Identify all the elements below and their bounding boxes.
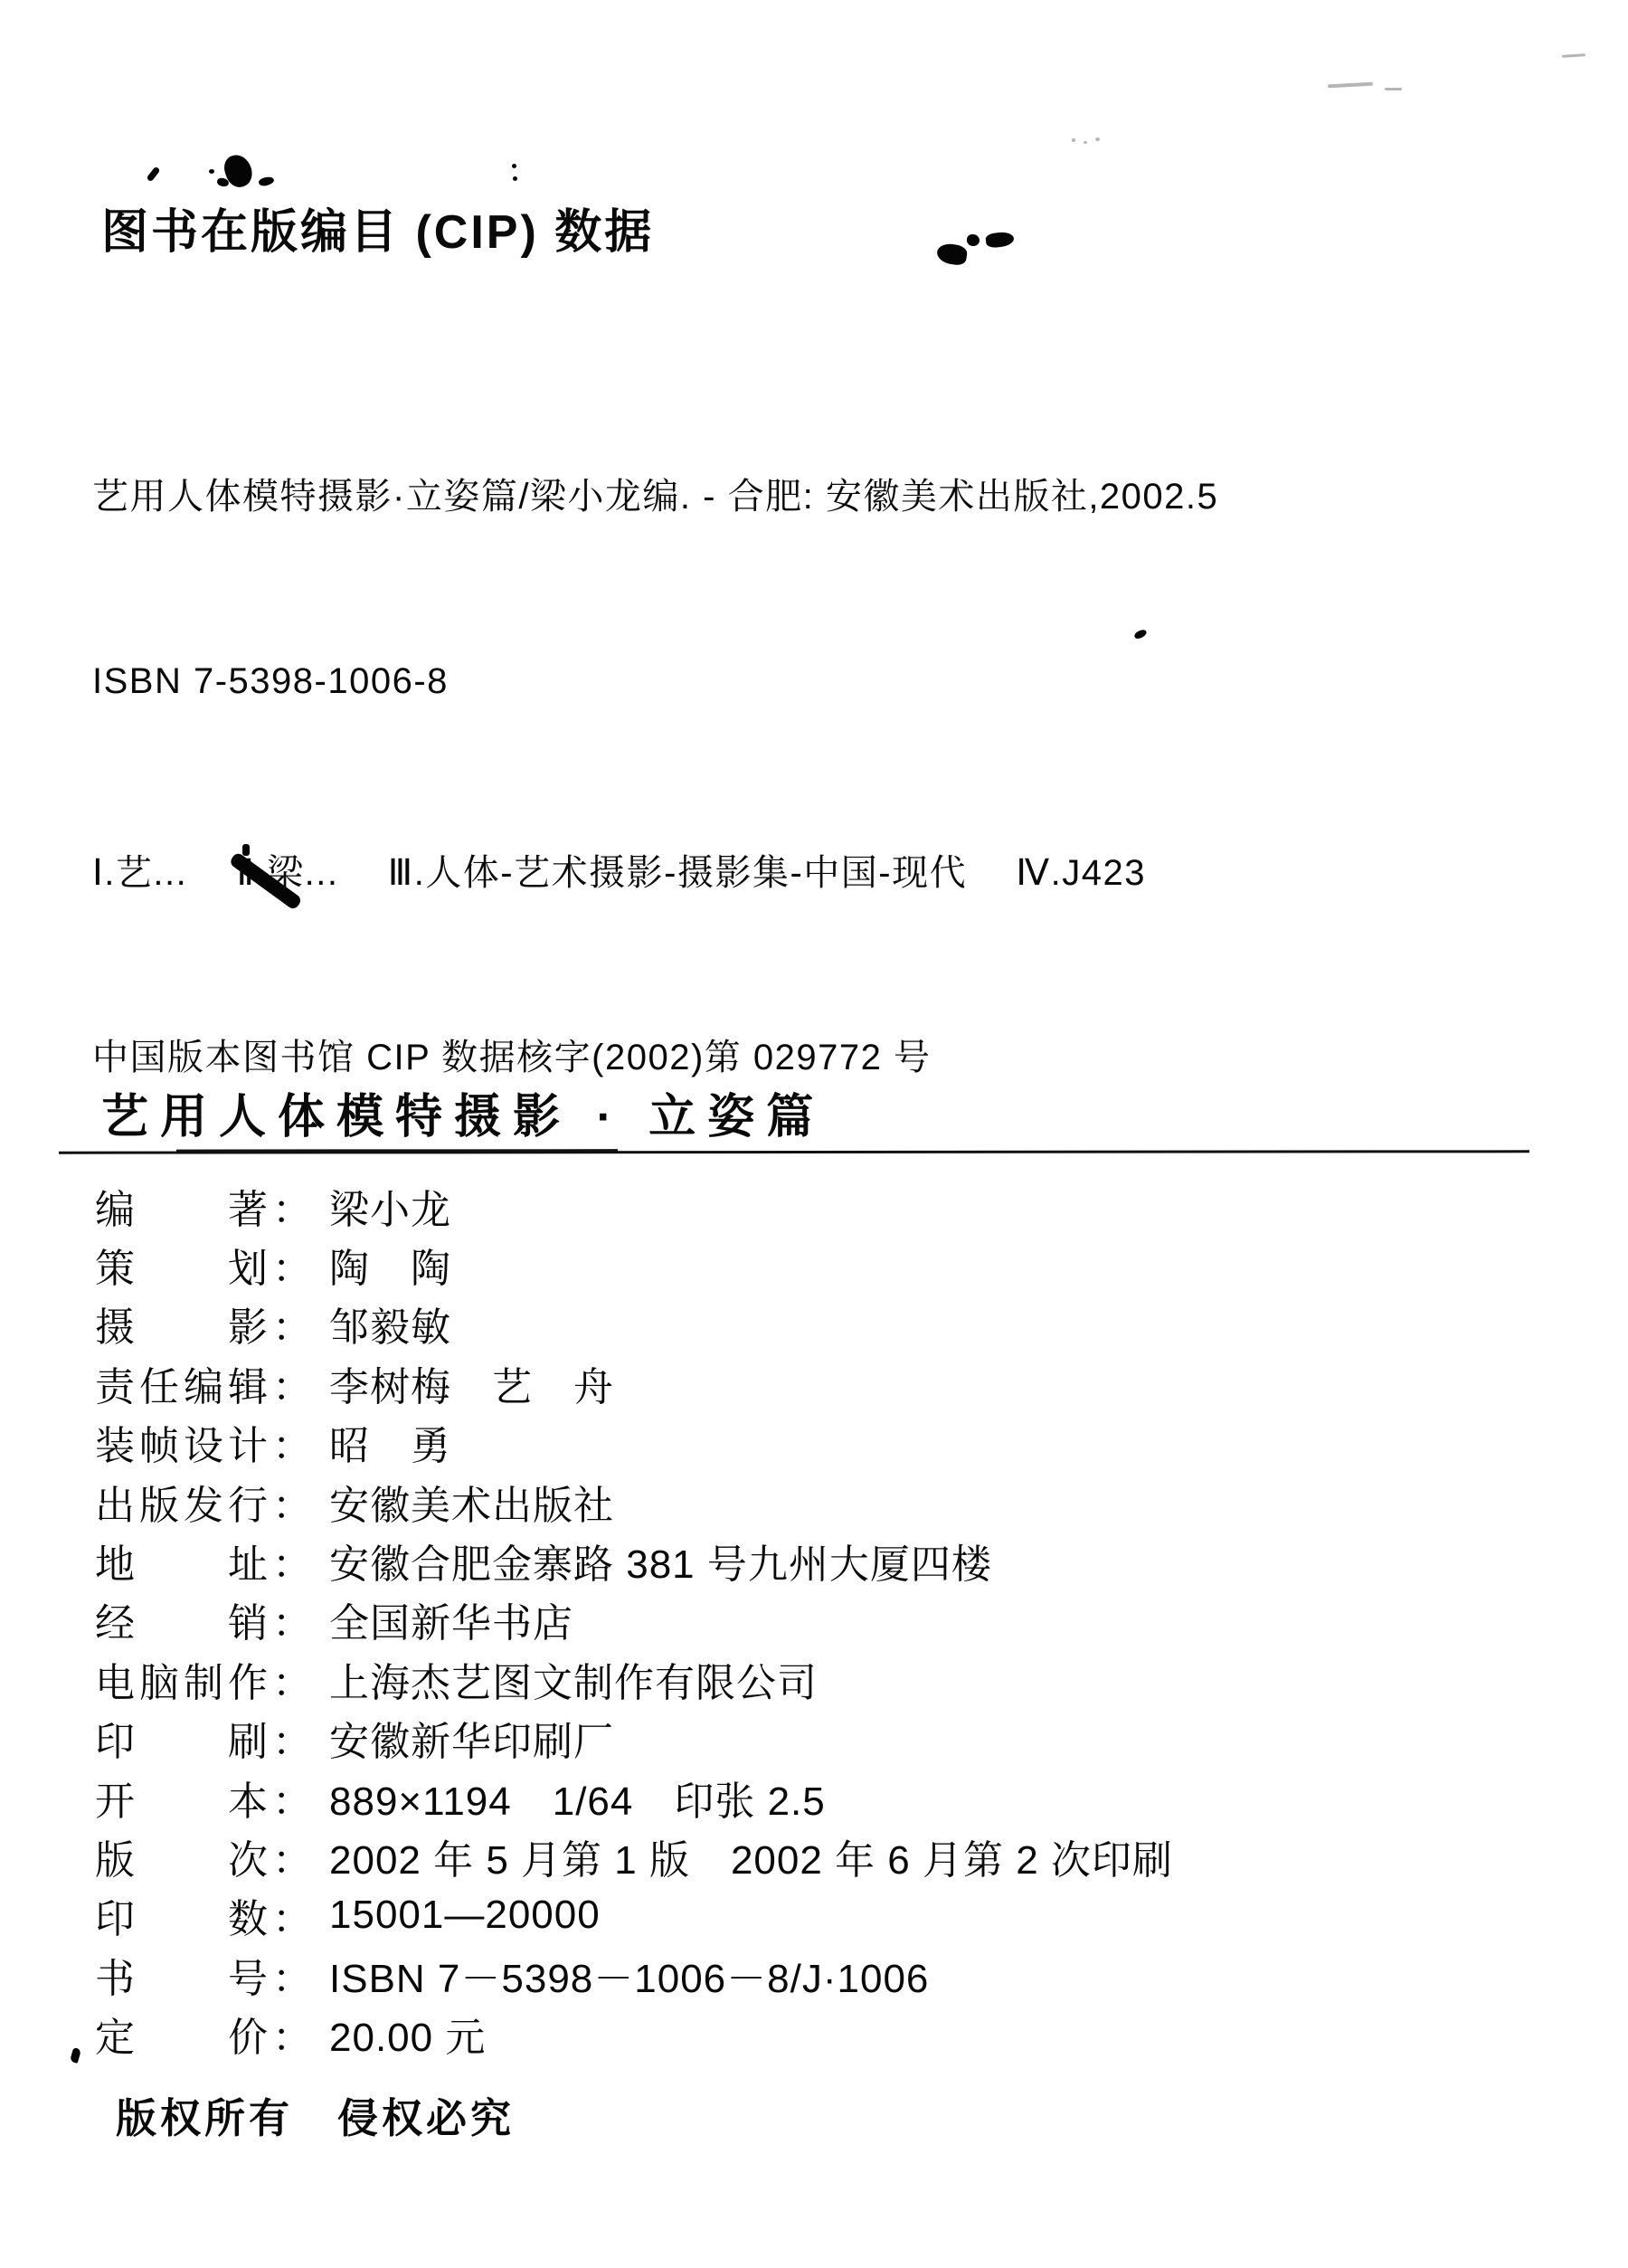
colophon-value: 李树梅 艺 舟: [329, 1354, 614, 1412]
dust-dot-3: [1095, 138, 1100, 141]
dust-dash-3: [1562, 53, 1585, 58]
colophon-label: 版 次：: [95, 1827, 317, 1885]
cip-line-isbn: ISBN 7-5398-1006-8: [92, 650, 1218, 712]
ink-blot-near-title-2: [967, 234, 980, 246]
colophon-label: 开 本：: [95, 1769, 317, 1827]
cip-heading: 图书在版编目 (CIP) 数据: [101, 194, 654, 261]
colophon-value: 安徽新华印刷厂: [329, 1709, 614, 1767]
colophon-label: 策 划：: [95, 1236, 317, 1294]
colophon-value: 邹毅敏: [329, 1295, 451, 1352]
colophon-label: 出版发行：: [95, 1473, 317, 1531]
cip-line-title-statement: 艺用人体模特摄影·立姿篇/梁小龙编. - 合肥: 安徽美术出版社,2002.5: [92, 466, 1218, 527]
colophon-value: 安徽美术出版社: [329, 1473, 614, 1531]
colophon-label: 定 价：: [95, 2005, 317, 2063]
colophon-row-designer: 装帧设计：昭 勇: [95, 1413, 1173, 1472]
ink-blot-right: [258, 176, 275, 187]
colophon-list: 编 著：梁小龙 策 划：陶 陶 摄 影：邹毅敏 责任编辑：李树梅 艺 舟 装帧设…: [95, 1176, 1173, 2064]
colophon-value: 20.00 元: [329, 2005, 486, 2063]
colophon-value: 上海杰艺图文制作有限公司: [329, 1650, 818, 1708]
colophon-label: 印 刷：: [95, 1709, 317, 1767]
colophon-label: 编 著：: [95, 1177, 317, 1235]
colophon-value: ISBN 7－5398－1006－8/J·1006: [329, 1946, 929, 2004]
colophon-row-planner: 策 划：陶 陶: [95, 1235, 1173, 1294]
colophon-value: 2002 年 5 月第 1 版 2002 年 6 月第 2 次印刷: [329, 1827, 1173, 1885]
copyright-notice: 版权所有 侵权必究: [116, 2085, 515, 2144]
ink-speck-a: [209, 169, 214, 174]
ink-colon-dot-top: [512, 164, 516, 168]
dust-dash-1: [1328, 82, 1373, 89]
colophon-label: 经 销：: [95, 1590, 317, 1648]
colophon-value: 安徽合肥金寨路 381 号九州大厦四楼: [329, 1532, 992, 1589]
ink-blot-near-title-3: [985, 231, 1015, 249]
book-copyright-page: 图书在版编目 (CIP) 数据 艺用人体模特摄影·立姿篇/梁小龙编. - 合肥:…: [0, 0, 1628, 2268]
colophon-value: 889×1194 1/64 印张 2.5: [329, 1769, 826, 1827]
colophon-row-distributor: 经 销：全国新华书店: [95, 1590, 1173, 1649]
colophon-row-print-run: 印 数：15001—20000: [95, 1886, 1173, 1945]
colophon-label: 装帧设计：: [95, 1413, 317, 1471]
ink-streak-nub: [242, 844, 250, 856]
colophon-row-book-number: 书 号：ISBN 7－5398－1006－8/J·1006: [95, 1945, 1173, 2004]
colophon-label: 书 号：: [95, 1946, 317, 2004]
colophon-value: 全国新华书店: [329, 1590, 573, 1648]
dust-dash-2: [1385, 88, 1402, 90]
colophon-value: 昭 勇: [329, 1413, 451, 1471]
colophon-row-printer: 印 刷：安徽新华印刷厂: [95, 1709, 1173, 1768]
colophon-label: 摄 影：: [95, 1295, 317, 1352]
ink-tick-mark: [147, 166, 161, 183]
colophon-label: 印 数：: [95, 1886, 317, 1944]
ink-colon-dot-bottom: [513, 176, 517, 181]
colophon-row-format: 开 本：889×1194 1/64 印张 2.5: [95, 1768, 1173, 1827]
colophon-row-editor: 责任编辑：李树梅 艺 舟: [95, 1353, 1173, 1412]
colophon-row-price: 定 价：20.00 元: [95, 2004, 1173, 2063]
colophon-row-edition: 版 次：2002 年 5 月第 1 版 2002 年 6 月第 2 次印刷: [95, 1827, 1173, 1885]
colophon-value: 15001—20000: [329, 1893, 601, 1938]
colophon-label: 电脑制作：: [95, 1650, 317, 1708]
ink-blot-near-title-1: [936, 242, 969, 266]
colophon-label: 责任编辑：: [95, 1354, 317, 1412]
dust-dot-1: [1072, 138, 1075, 142]
ink-comma-mark: [70, 2047, 81, 2064]
dust-dot-2: [1084, 141, 1087, 144]
colophon-row-publisher: 出版发行：安徽美术出版社: [95, 1472, 1173, 1531]
colophon-row-typesetting: 电脑制作：上海杰艺图文制作有限公司: [95, 1649, 1173, 1708]
colophon-value: 梁小龙: [329, 1177, 451, 1235]
book-title: 艺用人体模特摄影 · 立姿篇: [101, 1078, 825, 1146]
colophon-value: 陶 陶: [329, 1236, 451, 1294]
colophon-row-photographer: 摄 影：邹毅敏: [95, 1295, 1173, 1353]
colophon-row-address: 地 址：安徽合肥金寨路 381 号九州大厦四楼: [95, 1531, 1173, 1589]
colophon-row-author: 编 著：梁小龙: [95, 1176, 1173, 1235]
colophon-label: 地 址：: [95, 1532, 317, 1589]
